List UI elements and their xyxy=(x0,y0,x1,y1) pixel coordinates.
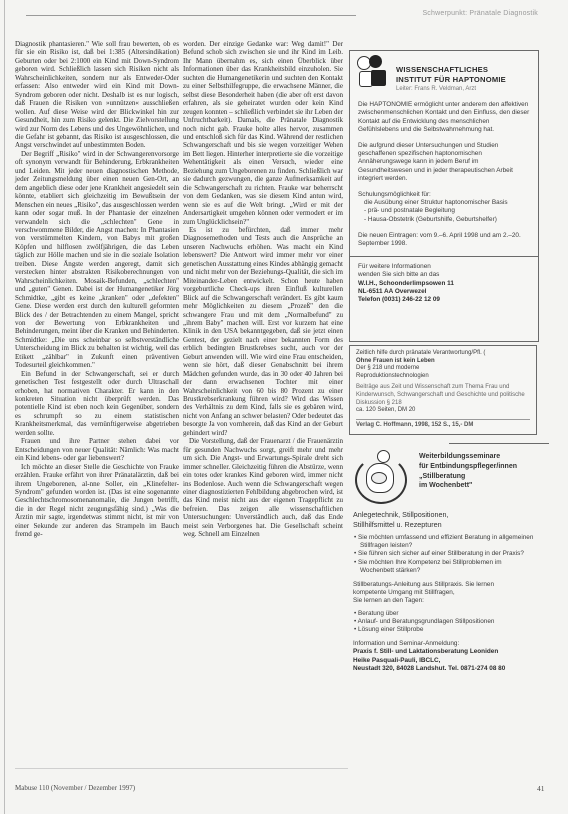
seminar-title-line3: „Stillberatung xyxy=(419,472,517,482)
training-item: - Hausa-Obstetrik (Geburtshilfe, Geburts… xyxy=(358,216,530,224)
paragraph: Es ist zu befürchten, daß immer mehr Dia… xyxy=(183,226,343,437)
paragraph: Ich möchte an dieser Stelle die Geschich… xyxy=(15,463,179,539)
seminar-topics: • Beratung über • Anlauf- und Beratungsg… xyxy=(353,610,537,635)
topic-item: • Anlauf- und Beratungsgrundlagen Stillp… xyxy=(353,618,537,626)
seminar-block-line: kompetente Umgang mit Stillfragen, xyxy=(353,589,537,597)
seminar-bullets: • Sie möchten umfassend und effizient Be… xyxy=(353,534,537,575)
institute-contact: Für weitere Informationen wenden Sie sic… xyxy=(350,256,538,308)
contact-phone: Telefon (0031) 246-22 12 09 xyxy=(358,296,530,304)
paragraph: worden. Der einzige Gedanke war: Weg dam… xyxy=(183,40,343,226)
book-description: Beiträge aus Zeit und Wissenschaft zum T… xyxy=(356,384,530,407)
topic-item: • Lösung einer Stillprobe xyxy=(353,626,537,634)
seminar-title-line2: für Entbindungspfleger/innen xyxy=(419,462,517,472)
bullet-item: • Sie möchten Ihre Kompetenz bei Stillpr… xyxy=(353,559,537,575)
seminar-heading-line1: Anlegetechnik, Stillpositionen, xyxy=(353,510,537,520)
seminar-contact: Heike Pasquali-Pauli, IBCLC, xyxy=(353,657,537,665)
page-number: 41 xyxy=(537,784,545,793)
training-list: die Ausübung einer Struktur haptonomisch… xyxy=(358,199,530,224)
institute-title-line1: WISSENSCHAFTLICHES xyxy=(396,65,506,75)
seminar-block-line: Stillberatungs-Anleitung aus Stillpraxis… xyxy=(353,581,537,589)
mother-child-emblem-icon xyxy=(353,448,407,502)
bullet-item: • Sie möchten umfassend und effizient Be… xyxy=(353,534,537,550)
training-item: die Ausübung einer Struktur haptonomisch… xyxy=(358,199,530,207)
journal-issue: Mabuse 110 (November / Dezember 1997) xyxy=(15,784,135,792)
book-publisher: Verlag C. Hoffmann, 1998, 152 S., 15,- D… xyxy=(356,419,530,430)
institute-paragraph: Die HAPTONOMIE ermöglicht unter anderem … xyxy=(358,101,530,134)
book-ad-box: Zeitlich hilfe durch pränatale Verantwor… xyxy=(349,345,537,435)
book-meta: ca. 120 Seiten, DM 20 xyxy=(356,407,530,415)
institute-logo-icon xyxy=(356,55,390,89)
seminar-info-line: Information und Seminar-Anmeldung: xyxy=(353,640,537,648)
seminar-contact: Neustadt 320, 84028 Landshut. Tel. 0871-… xyxy=(353,665,537,673)
article-column-2: worden. Der einzige Gedanke war: Weg dam… xyxy=(183,40,343,539)
contact-intro: wenden Sie sich bitte an das xyxy=(358,271,530,279)
paragraph: Frauen und ihre Partner stehen dabei vor… xyxy=(15,437,179,462)
institute-subtitle: Leiter: Frans R. Veldman, Arzt xyxy=(396,85,506,93)
running-title: Schwerpunkt: Pränatale Diagnostik xyxy=(422,10,538,17)
paragraph: Diagnostik phantasieren." Wie soll frau … xyxy=(15,40,179,150)
page-edge-rule xyxy=(4,0,5,814)
header-rule xyxy=(26,15,356,16)
seminar-title-line1: Weiterbildungsseminare xyxy=(419,452,517,462)
institute-title-line2: INSTITUT FÜR HAPTONOMIE xyxy=(396,75,506,85)
seminar-org: Praxis f. Still- und Laktationsberatung … xyxy=(353,648,537,656)
bullet-item: • Sie führen sich sicher auf einer Still… xyxy=(353,550,537,558)
training-item: - prä- und postnatale Begleitung xyxy=(358,207,530,215)
next-dates: Die neuen Eintragen: vom 9.–6. April 199… xyxy=(358,232,530,248)
seminar-ad-box: Weiterbildungsseminare für Entbindungspf… xyxy=(349,443,537,733)
book-title: Ohne Frauen ist kein Leben xyxy=(356,358,530,366)
institute-ad-box: WISSENSCHAFTLICHES INSTITUT FÜR HAPTONOM… xyxy=(349,50,539,342)
book-line1: Zeitlich hilfe durch pränatale Verantwor… xyxy=(356,350,530,358)
contact-intro: Für weitere Informationen xyxy=(358,263,530,271)
institute-paragraph: Die aufgrund dieser Untersuchungen und S… xyxy=(358,142,530,183)
seminar-heading-line2: Stillhilfsmittel u. Rezepturen xyxy=(353,520,537,530)
paragraph: Die Vorstellung, daß der Frauenarzt / di… xyxy=(183,437,343,538)
seminar-block-line: Sie lernen an den Tagen: xyxy=(353,597,537,605)
training-intro: Schulungsmöglichkeit für: xyxy=(358,191,530,199)
seminar-title-line4: im Wochenbett" xyxy=(419,481,517,491)
running-header: Schwerpunkt: Pränatale Diagnostik xyxy=(26,10,538,20)
paragraph: Der Begriff „Risiko" wird in der Schwang… xyxy=(15,150,179,370)
book-line4: Reproduktionstechnologien xyxy=(356,373,530,381)
article-column-1: Diagnostik phantasieren." Wie soll frau … xyxy=(15,40,179,539)
book-line3: Der § 218 und moderne xyxy=(356,365,530,373)
contact-org: W.I.H., Schoonderlimpsowen 11 xyxy=(358,280,530,288)
contact-city: NL-6511 AA Overwezel xyxy=(358,288,530,296)
footer-rule xyxy=(15,768,348,769)
topic-item: • Beratung über xyxy=(353,610,537,618)
paragraph: Ein Befund in der Schwangerschaft, sei e… xyxy=(15,370,179,438)
